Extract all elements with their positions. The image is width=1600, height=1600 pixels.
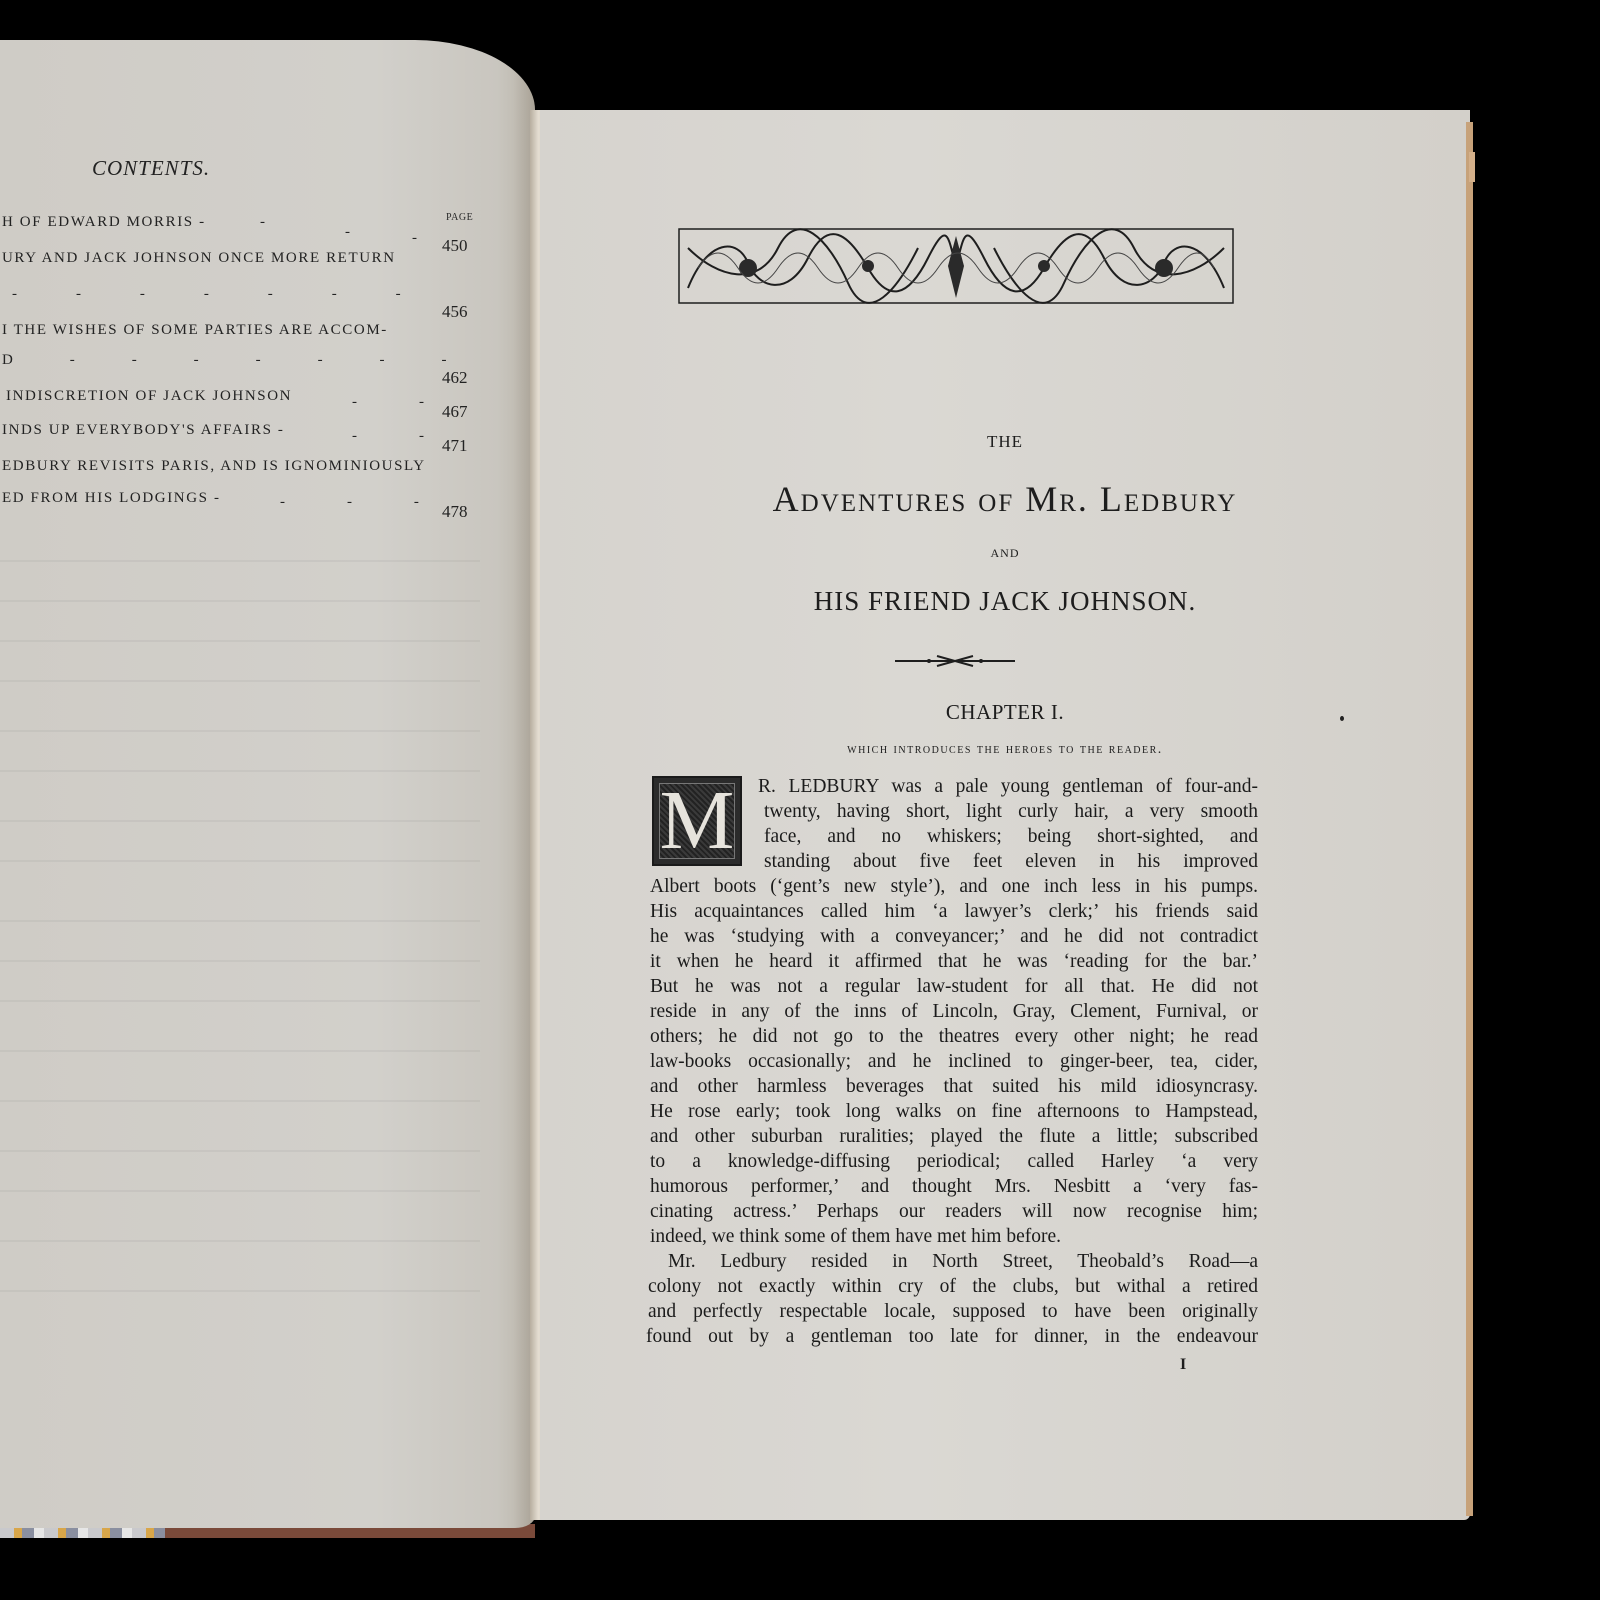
toc-page-number: 478 [442, 502, 468, 522]
ornamental-headpiece-icon [678, 228, 1234, 304]
illuminated-drop-cap: M [652, 776, 742, 866]
body-line: indeed, we think some of them have met h… [650, 1226, 1061, 1248]
title-and: AND [540, 546, 1470, 561]
page-column-label: PAGE [446, 212, 473, 223]
book-title: Adventures of Mr. Ledbury [540, 478, 1470, 520]
body-line: found out by a gentleman too late for di… [646, 1326, 1258, 1348]
body-line: twenty, having short, light curly hair, … [764, 801, 1258, 823]
book-subtitle: HIS FRIEND JACK JOHNSON. [540, 586, 1470, 617]
body-line: reside in any of the inns of Lincoln, Gr… [650, 1001, 1258, 1023]
body-line: humorous performer,’ and thought Mrs. Ne… [650, 1176, 1258, 1198]
body-line: it when he heard it affirmed that he was… [650, 951, 1258, 973]
toc-page-number: 471 [442, 436, 468, 456]
body-line: Mr. Ledbury resided in North Street, The… [668, 1251, 1258, 1273]
title-the: THE [540, 432, 1470, 452]
toc-line: URY AND JACK JOHNSON ONCE MORE RETURN [2, 250, 432, 267]
page-edge [1466, 122, 1473, 1516]
page-number: I [1180, 1356, 1186, 1374]
body-line: cinating actress.’ Perhaps our readers w… [650, 1201, 1258, 1223]
toc-page-number: 462 [442, 368, 468, 388]
body-line: others; he did not go to the theatres ev… [650, 1026, 1258, 1048]
body-line: R. LEDBURY was a pale young gentleman of… [758, 776, 1258, 798]
body-line: colony not exactly within cry of the clu… [648, 1276, 1258, 1298]
body-line: and other suburban ruralities; played th… [650, 1126, 1258, 1148]
toc-page-number: 450 [442, 236, 468, 256]
drop-cap-letter: M [654, 776, 740, 866]
body-line: to a knowledge-diffusing periodical; cal… [650, 1151, 1258, 1173]
toc-line: I THE WISHES OF SOME PARTIES ARE ACCOM- [2, 322, 432, 339]
toc-page-number: 467 [442, 402, 468, 422]
ornamental-rule-icon [895, 654, 1015, 668]
toc-line: H OF EDWARD MORRIS - [2, 214, 202, 231]
body-line: and perfectly respectable locale, suppos… [648, 1301, 1258, 1323]
body-line: standing about five feet eleven in his i… [764, 851, 1258, 873]
body-line: Albert boots (‘gent’s new style’), and o… [650, 876, 1258, 898]
body-line: face, and no whiskers; being short-sight… [764, 826, 1258, 848]
toc-line: EDBURY REVISITS PARIS, AND IS IGNOMINIOU… [2, 458, 432, 475]
body-line: law-books occasionally; and he inclined … [650, 1051, 1258, 1073]
body-line: But he was not a regular law-student for… [650, 976, 1258, 998]
body-line: and other harmless beverages that suited… [650, 1076, 1258, 1098]
body-line: he was ‘studying with a conveyancer;’ an… [650, 926, 1258, 948]
body-line: His acquaintances called him ‘a lawyer’s… [650, 901, 1258, 923]
chapter-heading: CHAPTER I. [540, 700, 1470, 725]
toc-page-number: 456 [442, 302, 468, 322]
body-line: He rose early; took long walks on fine a… [650, 1101, 1258, 1123]
contents-heading: CONTENTS. [92, 156, 210, 181]
chapter-subtitle: which introduces the heroes to the reade… [540, 742, 1470, 758]
ink-speck [1340, 716, 1344, 721]
